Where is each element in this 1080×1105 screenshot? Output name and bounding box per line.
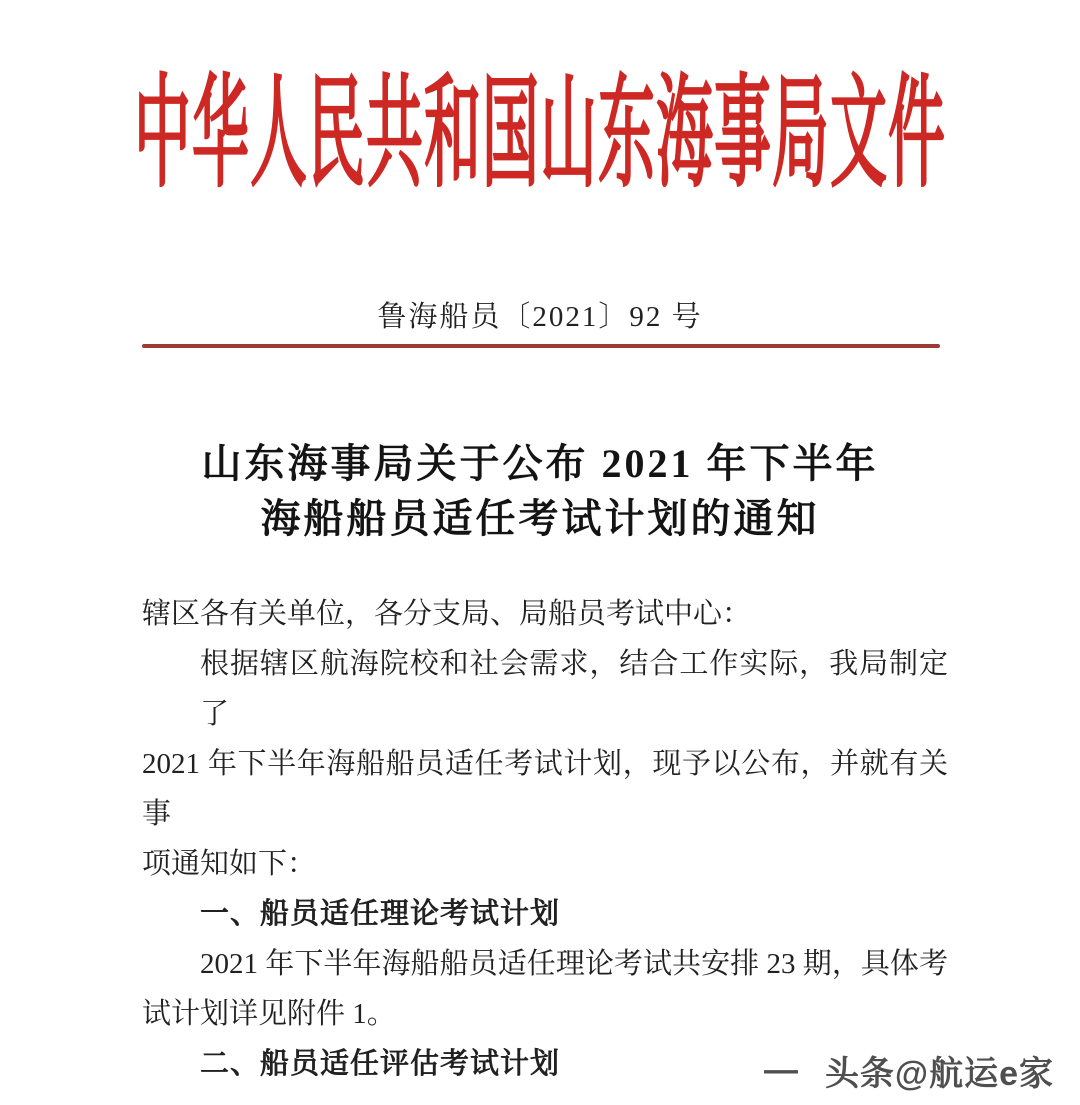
watermark-dash: —: [764, 1051, 799, 1090]
body-line: 2021 年下半年海船船员适任考试计划，现予以公布，并就有关事: [142, 739, 948, 839]
document-title-line-2: 海船船员适任考试计划的通知: [0, 491, 1080, 546]
body-line: 项通知如下：: [142, 839, 948, 889]
body-line: 辖区各有关单位，各分支局、局船员考试中心：: [142, 589, 948, 639]
document-title-line-1: 山东海事局关于公布 2021 年下半年: [0, 436, 1080, 491]
body-line: 根据辖区航海院校和社会需求，结合工作实际，我局制定了: [142, 639, 948, 739]
red-divider-line: [142, 344, 940, 348]
document-title: 山东海事局关于公布 2021 年下半年 海船船员适任考试计划的通知: [0, 436, 1080, 546]
body-text: 辖区各有关单位，各分支局、局船员考试中心：根据辖区航海院校和社会需求，结合工作实…: [142, 589, 948, 1089]
document-number: 鲁海船员〔2021〕92 号: [0, 294, 1080, 335]
watermark: — 头条@航运e家: [764, 1046, 1054, 1095]
section-heading: 一、船员适任理论考试计划: [142, 889, 948, 939]
body-line: 2021 年下半年海船船员适任理论考试共安排 23 期，具体考: [142, 939, 948, 989]
watermark-label: 头条@航运e家: [825, 1046, 1054, 1095]
body-line: 试计划详见附件 1。: [142, 989, 948, 1039]
document-page: 中华人民共和国山东海事局文件 鲁海船员〔2021〕92 号 山东海事局关于公布 …: [0, 0, 1080, 1105]
letterhead-red-title: 中华人民共和国山东海事局文件: [0, 0, 1080, 268]
